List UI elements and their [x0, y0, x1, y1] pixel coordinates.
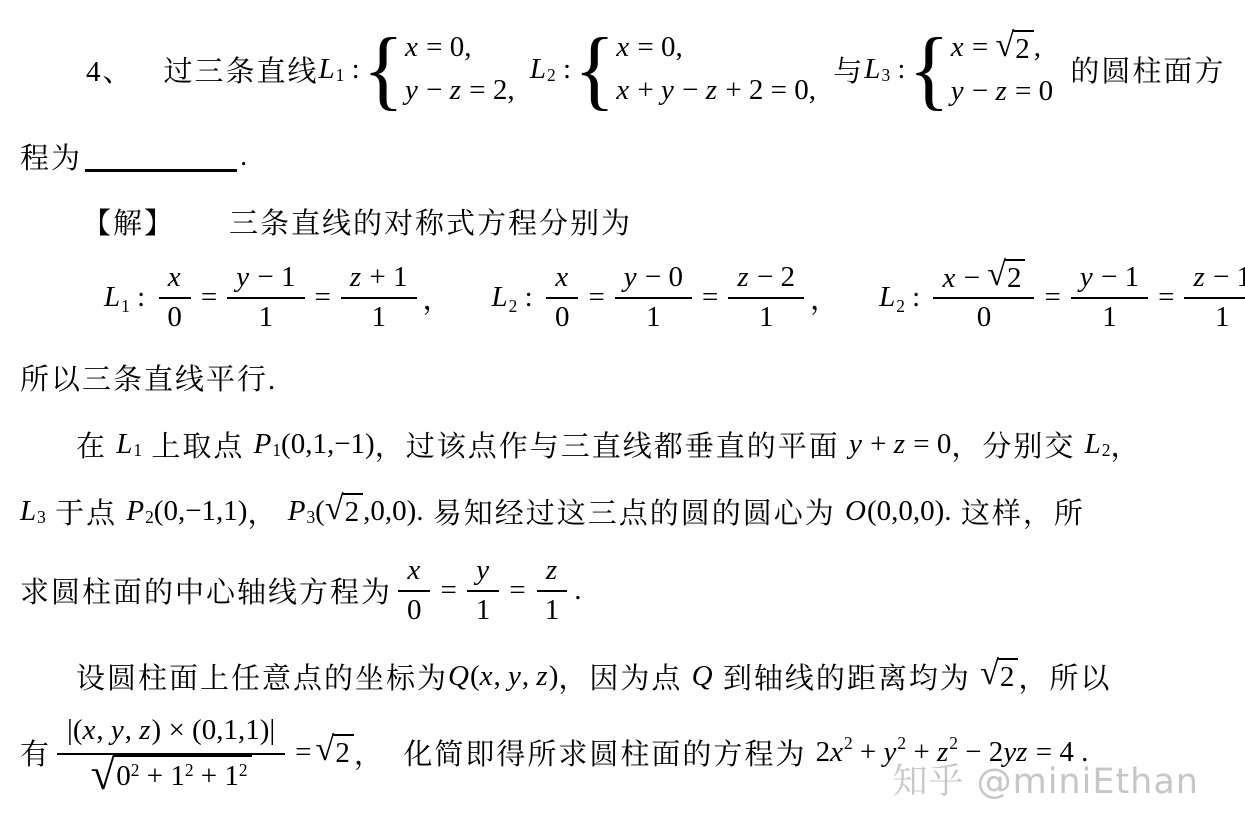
- math-subscript: 1: [133, 440, 142, 461]
- math-text: +: [863, 428, 894, 461]
- math-text: 1: [371, 300, 386, 335]
- math-text: :: [517, 281, 540, 313]
- text-run: 上取点: [142, 424, 254, 465]
- math-text: =: [965, 31, 996, 63]
- comma-text: ，: [423, 277, 452, 318]
- symmetric-eq-l2: L2 : x 0 = y − 0 1 = z − 2 1 ，: [492, 259, 840, 337]
- eq-label: L2 :: [492, 281, 540, 314]
- math-subscript: 2: [547, 65, 556, 86]
- math-text: (: [470, 660, 480, 693]
- math-variable: y: [624, 260, 638, 295]
- math-run: L3: [20, 495, 46, 528]
- solution-tag: 【解】: [82, 201, 175, 242]
- period-text: .: [574, 574, 581, 607]
- equals-sign: =: [1040, 281, 1064, 314]
- intersection-points-line: L3 于点 P2(0,−1,1) ， P3( √ 2 ,0,0). 易知经过这三…: [20, 491, 1231, 532]
- math-variable: y: [476, 553, 490, 588]
- text-run: 设圆柱面上任意点的坐标为: [76, 656, 448, 697]
- math-subscript: 2: [145, 507, 154, 528]
- math-variable: x: [942, 262, 956, 294]
- equals-sign: =: [197, 281, 221, 314]
- math-text: (0,−1,1): [154, 495, 248, 528]
- math-run: ,0,0).: [363, 495, 423, 528]
- line1-eq-bottom: y − z = 2,: [405, 74, 515, 107]
- line1-label: L1 :: [319, 53, 360, 86]
- math-text: + 1: [194, 760, 239, 792]
- math-text: +: [630, 74, 661, 107]
- math-text: − 1: [1206, 260, 1245, 295]
- problem-statement-line: 4、 过三条直线 L1 : { x = 0, y − z = 2, L2 : {…: [86, 26, 1231, 112]
- solution-intro: 三条直线的对称式方程分别为: [229, 201, 632, 242]
- radicand: 2: [342, 493, 364, 529]
- math-variable: z: [706, 74, 718, 107]
- math-text: 0: [116, 760, 131, 792]
- denominator: 1: [362, 299, 395, 337]
- numerator: z − 1: [1184, 259, 1245, 299]
- math-text: − 0: [638, 260, 683, 295]
- math-text: 1: [759, 300, 774, 335]
- sqrt-expression: √ 2: [995, 30, 1033, 66]
- math-run: P1(0,1,−1): [254, 428, 375, 461]
- text-run: ，: [247, 491, 287, 532]
- math-variable: Q: [448, 660, 470, 693]
- math-run: y + z = 0: [849, 428, 951, 461]
- math-subscript: 1: [336, 65, 345, 86]
- denominator: 1: [1093, 299, 1126, 337]
- fraction: x − √ 2 0: [933, 258, 1034, 337]
- denominator: 0: [968, 299, 1001, 337]
- math-variable: L: [20, 495, 37, 528]
- math-text: :: [890, 53, 905, 86]
- math-text: + 2 = 0,: [718, 74, 816, 107]
- math-variable: x: [168, 260, 182, 295]
- math-variable: x: [951, 31, 965, 63]
- line1-eq-top: x = 0,: [405, 31, 515, 64]
- math-text: = 0: [1008, 75, 1053, 108]
- text-run: ，所以: [1018, 656, 1111, 697]
- math-text: [523, 53, 530, 86]
- math-text: 1: [1215, 300, 1230, 335]
- math-text: 0: [555, 300, 570, 335]
- radicand: 2: [1012, 30, 1034, 66]
- text-run: ，分别交: [951, 424, 1084, 465]
- math-text: − 1: [1094, 260, 1139, 295]
- problem-tail-text: 的圆柱面方: [1061, 49, 1225, 90]
- fraction: z − 1 1: [1184, 259, 1245, 337]
- math-text: :: [556, 53, 571, 86]
- conjunction-text: 与: [824, 49, 864, 90]
- text-run: ，因为点: [558, 656, 691, 697]
- watermark: 知乎 @miniEthan: [892, 754, 1199, 804]
- math-text: (: [315, 495, 325, 528]
- math-text: ,: [96, 713, 111, 748]
- fraction: z + 1 1: [341, 259, 417, 337]
- math-variable: y: [661, 74, 675, 107]
- math-variable: L: [492, 281, 509, 313]
- math-text: 0: [167, 300, 182, 335]
- radical-icon: √: [91, 755, 116, 795]
- math-variable: L: [879, 281, 896, 313]
- equals-sign: =: [505, 574, 529, 607]
- text-run: ， 化简即得所求圆柱面的方程为: [354, 732, 816, 773]
- numerator: y: [467, 552, 499, 592]
- math-text: −: [675, 74, 706, 107]
- pick-point-line: 在 L1 上取点 P1(0,1,−1) ，过该点作与三直线都垂直的平面 y + …: [76, 424, 1231, 465]
- math-variable: y: [1080, 260, 1094, 295]
- denominator: 1: [1206, 299, 1239, 337]
- radicand: 2: [1004, 259, 1026, 295]
- equals-sign: =: [437, 574, 461, 607]
- fraction: y − 0 1: [615, 259, 692, 337]
- math-text: + 1: [139, 760, 184, 792]
- text-run: 有: [20, 732, 51, 773]
- denominator: 0: [398, 592, 431, 630]
- math-variable: x: [480, 660, 494, 693]
- math-variable: z: [995, 75, 1007, 108]
- equals-sign: =: [311, 281, 335, 314]
- math-text: ,: [125, 713, 140, 748]
- math-text: ,: [1034, 31, 1041, 63]
- fraction: x 0: [546, 259, 579, 337]
- math-text: |(: [67, 713, 82, 748]
- text-run: 在: [76, 424, 116, 465]
- equals-sign: =: [698, 281, 722, 314]
- math-text: 1: [476, 593, 491, 628]
- line2-equations: x = 0, x + y − z + 2 = 0,: [616, 31, 816, 107]
- math-text: 1: [259, 300, 274, 335]
- line3-eq-top: x = √ 2 ,: [951, 30, 1053, 66]
- math-text: 0: [977, 300, 992, 335]
- text-run: ，: [1110, 424, 1141, 465]
- line3-system: { x = √ 2 , y − z = 0: [908, 26, 1053, 112]
- fraction: y − 1 1: [1071, 259, 1148, 337]
- fraction: x 0: [398, 552, 431, 630]
- period-text: .: [240, 140, 247, 173]
- math-text: = 0,: [419, 31, 472, 64]
- math-text: 0: [407, 593, 422, 628]
- denominator: 1: [536, 592, 569, 630]
- math-variable: L: [1085, 428, 1102, 461]
- line2-system: { x = 0, x + y − z + 2 = 0,: [574, 26, 816, 112]
- math-run: Q: [692, 660, 714, 693]
- parallel-conclusion-line: 所以三条直线平行.: [20, 357, 1231, 398]
- math-run: L2: [1085, 428, 1111, 461]
- parallel-text: 所以三条直线平行.: [20, 357, 277, 398]
- denominator: 1: [250, 299, 283, 337]
- math-variable: y: [849, 428, 863, 461]
- math-subscript: 3: [37, 507, 46, 528]
- comma-text: ，: [810, 277, 839, 318]
- math-run: P2(0,−1,1): [126, 495, 247, 528]
- math-text: − 1: [250, 260, 295, 295]
- math-run: Q(x, y, z): [448, 660, 558, 693]
- line2-eq-top: x = 0,: [616, 31, 816, 64]
- math-text: + 1: [362, 260, 407, 295]
- math-text: 1: [646, 300, 661, 335]
- numerator: z + 1: [341, 259, 417, 299]
- math-variable: z: [450, 74, 462, 107]
- problem-wrap-text: 程为: [20, 136, 82, 177]
- math-variable: z: [546, 553, 558, 588]
- fraction: x 0: [158, 259, 191, 337]
- equals-sign: =: [1154, 281, 1178, 314]
- numerator: z: [537, 552, 567, 592]
- math-text: :: [130, 281, 153, 313]
- radicand: 2: [997, 658, 1019, 694]
- distance-fraction: |(x, y, z) × (0,1,1)| √ 02 + 12 + 12: [57, 711, 285, 794]
- math-run: P3(: [288, 495, 325, 528]
- text-run: 这样，所: [952, 491, 1085, 532]
- text-run: 到轴线的距离均为: [714, 656, 981, 697]
- equals-sign: =: [584, 281, 608, 314]
- math-variable: z: [350, 260, 362, 295]
- left-brace-icon: {: [363, 24, 404, 113]
- math-variable: z: [737, 260, 749, 295]
- numerator: y − 1: [1071, 259, 1148, 299]
- numerator-pre: x −: [942, 261, 987, 296]
- math-text: = 2,: [462, 74, 515, 107]
- line3-equations: x = √ 2 , y − z = 0: [951, 30, 1053, 109]
- left-brace-icon: {: [574, 24, 615, 113]
- symmetric-eq-l1: L1 : x 0 = y − 1 1 = z + 1 1 ，: [104, 259, 452, 337]
- numerator: x − √ 2: [933, 258, 1034, 299]
- math-run: O(0,0,0).: [845, 495, 952, 528]
- math-text: −: [965, 75, 996, 108]
- math-variable: y: [405, 74, 419, 107]
- math-text: (0,1,−1): [281, 428, 375, 461]
- sqrt-expression: √ 02 + 12 + 12: [91, 755, 252, 795]
- math-variable: y: [111, 713, 125, 748]
- math-subscript: 3: [881, 65, 890, 86]
- math-text: = 0: [906, 428, 951, 461]
- eq-label: L2 :: [879, 281, 927, 314]
- line2-label: L2 :: [523, 53, 571, 86]
- axis-equation-line: 求圆柱面的中心轴线方程为 x 0 = y 1 = z 1 .: [20, 552, 1231, 630]
- math-variable: L: [116, 428, 133, 461]
- math-text: ) × (0,1,1)|: [152, 713, 276, 748]
- equals-sign: =: [291, 736, 315, 769]
- math-superscript: 2: [185, 760, 194, 780]
- math-variable: L: [864, 53, 881, 86]
- symmetric-equations-line: L1 : x 0 = y − 1 1 = z + 1 1 ， L2 : x 0 …: [104, 258, 1231, 337]
- math-superscript: 2: [844, 733, 853, 754]
- math-variable: L: [319, 53, 336, 86]
- math-variable: x: [82, 713, 96, 748]
- math-text: ,: [494, 660, 509, 693]
- denominator: 1: [637, 299, 670, 337]
- problem-wrap-line: 程为 .: [20, 136, 1231, 177]
- point-q-line: 设圆柱面上任意点的坐标为 Q(x, y, z) ，因为点 Q 到轴线的距离均为 …: [76, 656, 1231, 697]
- numerator: x: [398, 552, 430, 592]
- problem-lead-text: 过三条直线: [164, 49, 319, 90]
- denominator: 1: [467, 592, 500, 630]
- sqrt-expression: √ 2: [987, 259, 1025, 295]
- math-variable: y: [508, 660, 522, 693]
- math-text: − 2: [750, 260, 795, 295]
- denominator: 1: [750, 299, 783, 337]
- numerator: |(x, y, z) × (0,1,1)|: [57, 711, 285, 755]
- math-superscript: 2: [949, 733, 958, 754]
- math-text: 2: [816, 736, 831, 769]
- math-subscript: 2: [509, 296, 518, 316]
- math-variable: z: [139, 713, 151, 748]
- fraction: z − 2 1: [728, 259, 804, 337]
- numerator: y − 1: [227, 259, 304, 299]
- math-variable: x: [407, 553, 421, 588]
- math-text: ,0,0).: [363, 495, 423, 528]
- math-superscript: 2: [239, 760, 248, 780]
- math-text: :: [344, 53, 359, 86]
- radicand: 2: [332, 734, 354, 770]
- line3-eq-top-pre: x =: [951, 31, 996, 64]
- numerator: y − 0: [615, 259, 692, 299]
- text-run: ，过该点作与三直线都垂直的平面: [375, 424, 849, 465]
- math-variable: O: [845, 495, 867, 528]
- math-variable: z: [894, 428, 906, 461]
- text-run: 易知经过这三点的圆的圆心为: [424, 491, 846, 532]
- math-subscript: 2: [896, 296, 905, 316]
- line3-label: L3 :: [864, 53, 905, 86]
- math-variable: x: [555, 260, 569, 295]
- fraction: y − 1 1: [227, 259, 304, 337]
- radicand: 02 + 12 + 12: [113, 755, 251, 793]
- line3-eq-bottom: y − z = 0: [951, 75, 1053, 108]
- answer-blank: [85, 141, 237, 171]
- math-variable: P: [254, 428, 273, 461]
- line1-equations: x = 0, y − z = 2,: [405, 31, 515, 107]
- math-text: ): [549, 660, 559, 693]
- problem-number: 4、: [86, 49, 134, 90]
- math-text: 1: [1102, 300, 1117, 335]
- math-text: :: [905, 281, 928, 313]
- math-text: +: [853, 736, 884, 769]
- math-text: ,: [522, 660, 537, 693]
- symmetric-eq-l3: L2 : x − √ 2 0 = y − 1 1 = z − 1 1 ，: [879, 258, 1245, 337]
- line2-eq-bottom: x + y − z + 2 = 0,: [616, 74, 816, 107]
- sqrt-expression: √ 2: [316, 734, 354, 770]
- math-text: −: [956, 262, 987, 294]
- left-brace-icon: {: [908, 24, 949, 113]
- fraction: y 1: [467, 552, 500, 630]
- math-variable: Q: [692, 660, 714, 693]
- math-text: (0,0,0).: [867, 495, 952, 528]
- math-subscript: 1: [121, 296, 130, 316]
- math-variable: x: [616, 74, 630, 107]
- math-subscript: 2: [1102, 440, 1111, 461]
- math-text: 1: [545, 593, 560, 628]
- math-variable: y: [236, 260, 250, 295]
- math-subscript: 3: [306, 507, 315, 528]
- math-variable: x: [830, 736, 844, 769]
- math-superscript: 2: [897, 733, 906, 754]
- denominator: 0: [546, 299, 579, 337]
- math-text: −: [419, 74, 450, 107]
- math-variable: y: [951, 75, 965, 108]
- fraction: z 1: [536, 552, 569, 630]
- solution-header-line: 【解】 三条直线的对称式方程分别为: [82, 201, 1231, 242]
- numerator: x: [159, 259, 191, 299]
- line3-eq-top-post: ,: [1034, 31, 1041, 64]
- text-run: 求圆柱面的中心轴线方程为: [20, 570, 392, 611]
- math-superscript: 2: [131, 760, 140, 780]
- sqrt-expression: √ 2: [980, 658, 1018, 694]
- denominator: 0: [158, 299, 191, 337]
- sqrt-expression: √ 2: [325, 493, 363, 529]
- math-variable: x: [616, 31, 630, 64]
- math-variable: L: [530, 53, 547, 86]
- math-variable: x: [405, 31, 419, 64]
- math-variable: P: [288, 495, 307, 528]
- numerator: x: [546, 259, 578, 299]
- eq-label: L1 :: [104, 281, 152, 314]
- denominator: √ 02 + 12 + 12: [85, 755, 258, 795]
- math-run: L1: [116, 428, 142, 461]
- math-text: = 0,: [630, 31, 683, 64]
- line1-system: { x = 0, y − z = 2,: [363, 26, 515, 112]
- numerator: z − 2: [728, 259, 804, 299]
- math-variable: z: [1193, 260, 1205, 295]
- math-variable: z: [536, 660, 548, 693]
- text-run: 于点: [46, 491, 127, 532]
- math-subscript: 1: [272, 440, 281, 461]
- math-variable: L: [104, 281, 121, 313]
- math-variable: P: [126, 495, 145, 528]
